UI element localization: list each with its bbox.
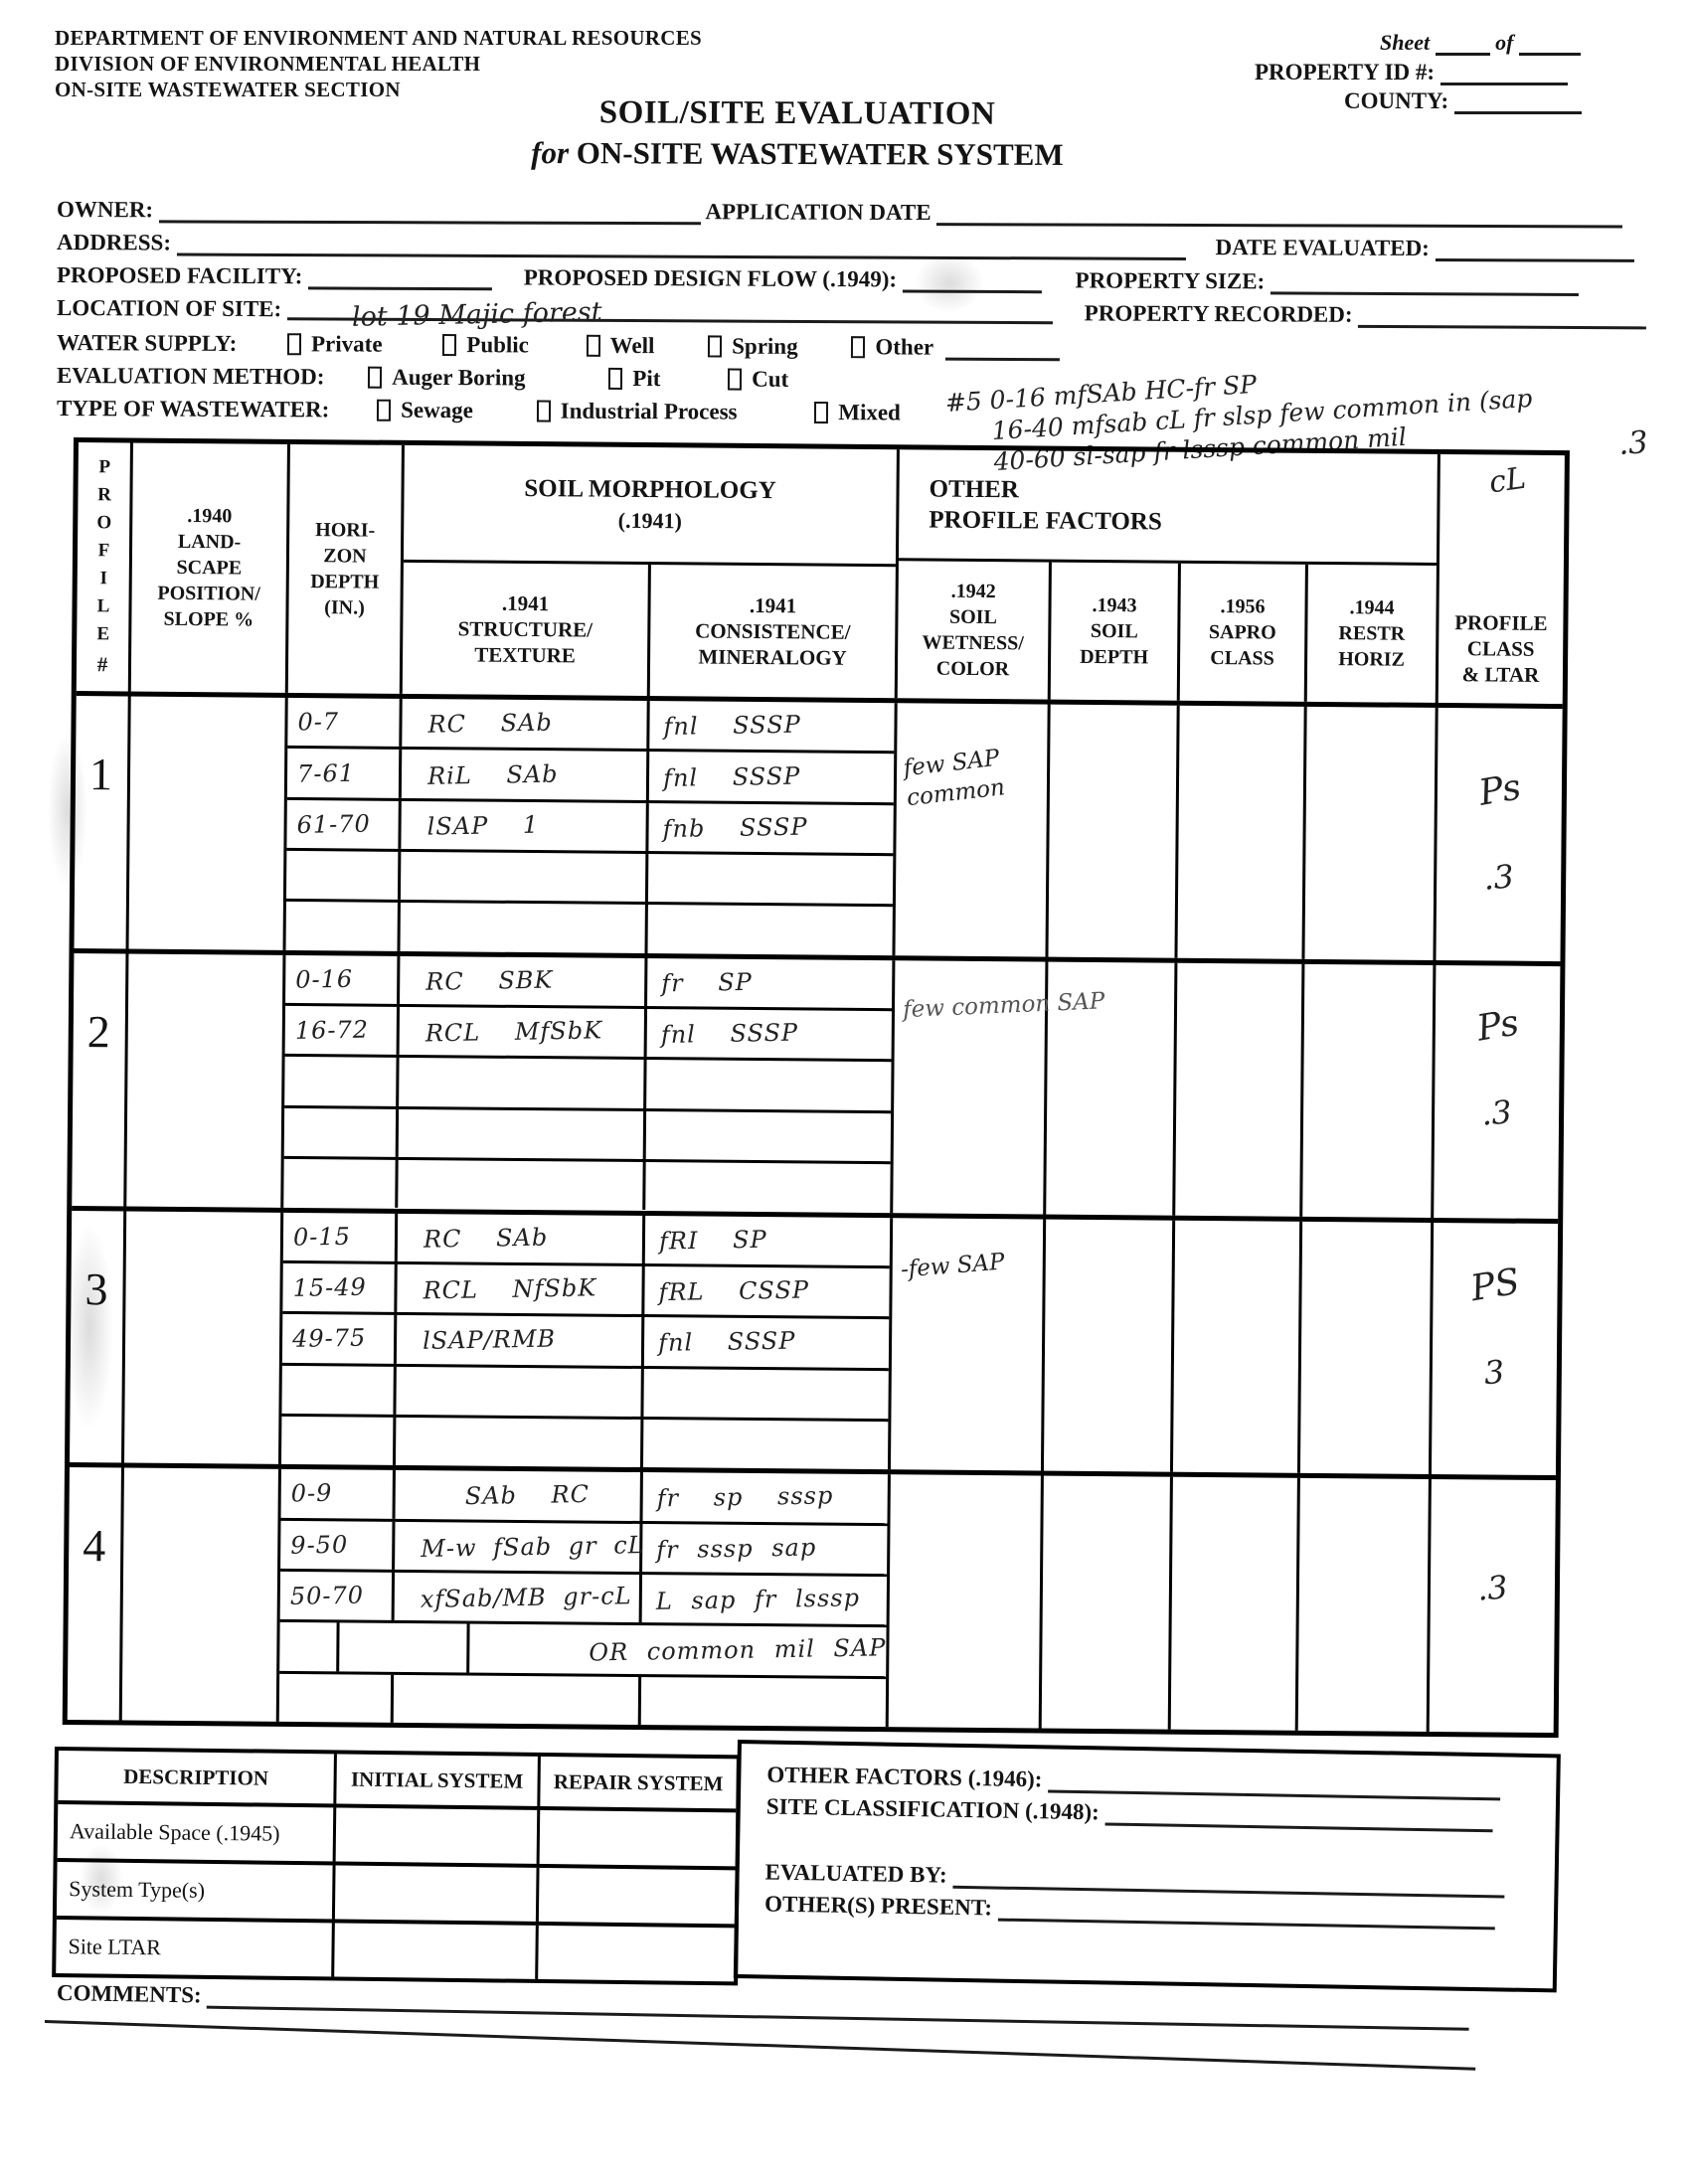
system-table-header-row: DESCRIPTION INITIAL SYSTEM REPAIR SYSTEM xyxy=(58,1751,737,1812)
agency-line-2: DIVISION OF ENVIRONMENTAL HEALTH xyxy=(55,51,702,77)
wastewater-option-industrial: Industrial Process xyxy=(537,399,738,424)
horizon-depth-value: 7-61 xyxy=(297,758,355,787)
horizon-row xyxy=(286,851,893,908)
profile-3-class-note: PS xyxy=(1468,1260,1523,1309)
horizon-depth-header: HORI- ZON DEPTH (IN.) xyxy=(288,444,405,694)
option-label-private: Private xyxy=(311,331,383,356)
evaluated-by-field xyxy=(952,1867,1504,1899)
site-classification-row: SITE CLASSIFICATION (.1948): xyxy=(766,1794,1546,1834)
horizon-consistence-value: fnb SSSP xyxy=(662,812,807,843)
horizon-row xyxy=(279,1673,886,1727)
other-profile-factors-group: OTHER PROFILE FACTORS .1942 SOIL WETNESS… xyxy=(898,449,1440,703)
water-supply-other-field xyxy=(944,339,1059,362)
option-label-industrial: Industrial Process xyxy=(561,399,738,424)
profile-2-wetness-cell: few common SAP xyxy=(893,960,1048,1214)
profile-2-horizon-subtable: 0-16 RC SBK fr SP 16-72 RCL MfSbK fnl SS… xyxy=(283,955,895,1213)
system-summary-table: DESCRIPTION INITIAL SYSTEM REPAIR SYSTEM… xyxy=(52,1747,741,1985)
option-label-other: Other xyxy=(875,334,932,359)
profile-class-ltar-header: PROFILE CLASS & LTAR xyxy=(1439,454,1565,704)
description-header: DESCRIPTION xyxy=(58,1751,337,1803)
others-present-label: OTHER(S) PRESENT: xyxy=(764,1892,992,1921)
horizon-row xyxy=(283,1159,890,1213)
soil-depth-header: .1943 SOIL DEPTH xyxy=(1051,563,1181,701)
location-field: lot 19 Majic forest xyxy=(287,298,1053,324)
horizon-row: 15-49 RCL NfSbK fRL CSSP xyxy=(282,1263,889,1320)
property-id-row: PROPERTY ID #: xyxy=(1255,60,1568,85)
profile-2-number-cell: 2 xyxy=(72,953,128,1206)
soil-wetness-header: .1942 SOIL WETNESS/ COLOR xyxy=(898,561,1052,699)
profile-4-number: 4 xyxy=(69,1467,106,1572)
profile-2-restr-cell xyxy=(1302,964,1436,1218)
evaluation-method-row: EVALUATION METHOD: Auger Boring Pit Cut xyxy=(57,363,788,393)
profile-hash-label: # xyxy=(97,651,108,677)
checkbox-auger-boring xyxy=(368,367,382,389)
horizon-row xyxy=(286,902,893,955)
option-label-mixed: Mixed xyxy=(838,400,901,424)
profile-row-4: 4 0-9 SAb RC fr sp sssp 9-50 M-w fSab gr… xyxy=(68,1467,1556,1733)
horizon-structure-value: RC SAb xyxy=(427,709,553,739)
form-title: SOIL/SITE EVALUATION for ON-SITE WASTEWA… xyxy=(350,93,1245,173)
site-classification-field xyxy=(1104,1803,1492,1832)
profile-4-wetness-cell xyxy=(889,1474,1044,1728)
structure-texture-header: .1941 STRUCTURE/ TEXTURE xyxy=(403,563,651,696)
profile-vertical-label: PROFILE xyxy=(89,456,117,651)
handwritten-ltar-note: .3 xyxy=(1617,424,1649,462)
others-present-row: OTHER(S) PRESENT: xyxy=(764,1892,1544,1932)
horizon-row: 7-61 RiL SAb fnl SSSP xyxy=(287,749,894,805)
option-label-well: Well xyxy=(610,333,655,358)
title-line-2: for ON-SITE WASTEWATER SYSTEM xyxy=(350,134,1245,173)
profile-row-3: 3 0-15 RC SAb fRI SP 15-49 RCL NfSbK fRL… xyxy=(70,1211,1558,1481)
water-supply-label: WATER SUPPLY: xyxy=(57,330,237,356)
horizon-depth-value: 61-70 xyxy=(296,810,371,839)
property-size-label: PROPERTY SIZE: xyxy=(1076,267,1266,293)
sheet-row: Sheet of xyxy=(1380,30,1581,56)
agency-line-1: DEPARTMENT OF ENVIRONMENT AND NATURAL RE… xyxy=(55,25,702,51)
address-label: ADDRESS: xyxy=(57,230,171,255)
water-supply-option-other: Other xyxy=(851,334,932,359)
horizon-consistence-value: fnl SSSP xyxy=(663,711,801,741)
profile-3-ltar-note: 3 xyxy=(1483,1352,1506,1391)
evaluated-by-label: EVALUATED BY: xyxy=(764,1860,946,1888)
soil-morphology-group: SOIL MORPHOLOGY (.1941) .1941 STRUCTURE/… xyxy=(403,445,900,698)
repair-system-header: REPAIR SYSTEM xyxy=(540,1757,737,1808)
system-types-label: System Type(s) xyxy=(57,1862,336,1919)
profile-1-class-cell: Ps .3 xyxy=(1436,708,1562,961)
evaluation-option-pit: Pit xyxy=(608,366,660,391)
sapro-class-header: .1956 SAPRO CLASS xyxy=(1180,564,1308,702)
title-line-1: SOIL/SITE EVALUATION xyxy=(350,93,1245,133)
other-factors-label: OTHER FACTORS (.1946): xyxy=(766,1763,1042,1792)
property-id-field xyxy=(1440,64,1568,85)
horizon-row: 50-70 xfSab/MB gr-cL L sap fr lsssp xyxy=(280,1572,887,1628)
profile-3-landscape-cell xyxy=(124,1211,283,1464)
proposed-facility-field xyxy=(308,267,492,290)
checkbox-mixed xyxy=(814,402,828,423)
soil-morphology-title: SOIL MORPHOLOGY (.1941) xyxy=(404,445,897,567)
checkbox-private xyxy=(287,333,301,355)
profile-3-number-cell: 3 xyxy=(70,1211,126,1463)
profile-2-sapro-cell xyxy=(1175,962,1304,1216)
checkbox-pit xyxy=(608,368,622,390)
profile-1-class-note: Ps xyxy=(1475,766,1523,813)
title-system: ON-SITE WASTEWATER SYSTEM xyxy=(577,135,1064,172)
profile-4-sapro-cell xyxy=(1171,1477,1300,1731)
horizon-row: 61-70 lSAP 1 fnb SSSP xyxy=(286,800,893,857)
horizon-row: 0-15 RC SAb fRI SP xyxy=(283,1212,890,1268)
facility-row: PROPOSED FACILITY: PROPOSED DESIGN FLOW … xyxy=(57,262,1579,296)
agency-block: DEPARTMENT OF ENVIRONMENT AND NATURAL RE… xyxy=(55,25,702,102)
horizon-row: 0-16 RC SBK fr SP xyxy=(285,955,892,1012)
checkbox-spring xyxy=(708,335,722,357)
system-types-repair-cell xyxy=(539,1868,736,1924)
title-for: for xyxy=(531,135,569,170)
wastewater-row: TYPE OF WASTEWATER: Sewage Industrial Pr… xyxy=(57,396,901,425)
application-date-field xyxy=(936,204,1622,228)
profile-1-sapro-cell xyxy=(1177,706,1306,959)
profile-1-number: 1 xyxy=(76,696,113,800)
property-recorded-field xyxy=(1358,306,1646,330)
evaluation-method-label: EVALUATION METHOD: xyxy=(57,363,325,389)
consistence-mineralogy-header: .1941 CONSISTENCE/ MINERALOGY xyxy=(650,565,896,698)
water-supply-option-well: Well xyxy=(587,333,655,358)
profile-3-number: 3 xyxy=(71,1211,108,1315)
profile-4-horizon-subtable: 0-9 SAb RC fr sp sssp 9-50 M-w fSab gr c… xyxy=(279,1469,891,1727)
profile-2-ltar-note: .3 xyxy=(1480,1092,1513,1132)
profile-1-soil-depth-cell xyxy=(1048,705,1179,958)
table-header: PROFILE # .1940 LAND- SCAPE POSITION/ SL… xyxy=(77,442,1565,709)
profile-2-landscape-cell xyxy=(126,953,285,1207)
property-recorded-label: PROPERTY RECORDED: xyxy=(1085,300,1353,326)
sheet-of-label: of xyxy=(1495,30,1513,55)
date-evaluated-field xyxy=(1436,240,1634,262)
comments-label: COMMENTS: xyxy=(57,1980,202,2008)
wastewater-option-sewage: Sewage xyxy=(377,398,473,423)
system-types-initial-cell xyxy=(335,1865,540,1922)
proposed-facility-label: PROPOSED FACILITY: xyxy=(57,262,302,288)
horizon-row: OR common mil SAP xyxy=(279,1622,886,1679)
horizon-row: 0-7 RC SAb fnl SSSP xyxy=(287,698,894,755)
profile-3-horizon-subtable: 0-15 RC SAb fRI SP 15-49 RCL NfSbK fRL C… xyxy=(281,1212,893,1469)
system-types-row: System Type(s) xyxy=(57,1862,736,1928)
checkbox-sewage xyxy=(377,400,391,421)
option-label-sewage: Sewage xyxy=(401,398,473,422)
horizon-row xyxy=(281,1365,888,1422)
water-supply-option-public: Public xyxy=(442,332,529,357)
wastewater-label: TYPE OF WASTEWATER: xyxy=(57,396,329,421)
application-date-label: APPLICATION DATE xyxy=(705,199,931,225)
available-space-label: Available Space (.1945) xyxy=(58,1804,337,1861)
checkbox-well xyxy=(587,335,600,357)
horizon-row xyxy=(284,1057,891,1113)
address-row: ADDRESS: DATE EVALUATED: xyxy=(57,230,1634,262)
wastewater-option-mixed: Mixed xyxy=(814,400,901,424)
available-space-initial-cell xyxy=(336,1807,541,1864)
profile-4-soil-depth-cell xyxy=(1042,1476,1173,1730)
site-ltar-label: Site LTAR xyxy=(56,1920,335,1976)
profile-4-class-cell: .3 xyxy=(1430,1479,1556,1733)
profile-1-wetness-note: few SAP common xyxy=(902,738,1057,814)
date-evaluated-label: DATE EVALUATED: xyxy=(1215,235,1429,260)
water-supply-option-private: Private xyxy=(287,331,383,356)
other-profile-factors-title: OTHER PROFILE FACTORS xyxy=(899,449,1438,566)
profile-row-1: 1 0-7 RC SAb fnl SSSP 7-61 RiL SAb fnl S… xyxy=(74,696,1562,966)
option-label-spring: Spring xyxy=(732,334,798,359)
location-handwritten-value: lot 19 Majic forest xyxy=(352,297,602,333)
address-field xyxy=(177,235,1186,260)
horizon-row: 49-75 lSAP/RMB fnl SSSP xyxy=(282,1314,889,1371)
site-ltar-initial-cell xyxy=(334,1923,539,1979)
profile-4-ltar-note: .3 xyxy=(1476,1569,1509,1608)
sheet-label: Sheet xyxy=(1380,30,1430,55)
profile-3-sapro-cell xyxy=(1173,1220,1302,1473)
comments-field-line-2 xyxy=(45,2020,1475,2071)
county-field xyxy=(1454,92,1582,114)
other-factors-field xyxy=(1048,1770,1500,1800)
horizon-consistence-value: fnl SSSP xyxy=(663,761,801,791)
initial-system-header: INITIAL SYSTEM xyxy=(336,1754,541,1806)
county-label: COUNTY: xyxy=(1344,88,1448,113)
evaluation-option-cut: Cut xyxy=(728,367,788,392)
location-label: LOCATION OF SITE: xyxy=(57,295,281,321)
location-row: LOCATION OF SITE: lot 19 Majic forest PR… xyxy=(57,295,1646,329)
profile-1-number-cell: 1 xyxy=(75,696,131,948)
property-id-label: PROPERTY ID #: xyxy=(1255,60,1435,84)
site-ltar-repair-cell xyxy=(538,1926,735,1981)
profile-1-landscape-cell xyxy=(129,697,288,950)
checkbox-public xyxy=(442,334,456,356)
sheet-number-field xyxy=(1436,34,1490,56)
option-label-auger: Auger Boring xyxy=(392,365,526,391)
horizon-structure-value: RiL SAb xyxy=(427,759,559,789)
horizon-structure-value: lSAP 1 xyxy=(426,810,539,840)
profile-4-restr-cell xyxy=(1298,1478,1432,1732)
profile-1-wetness-cell: few SAP common xyxy=(895,703,1050,956)
horizon-row: 9-50 M-w fSab gr cL fr sssp sap xyxy=(280,1520,887,1577)
owner-label: OWNER: xyxy=(57,197,153,222)
horizon-row: 16-72 RCL MfSbK fnl SSSP xyxy=(285,1006,892,1063)
owner-field xyxy=(159,201,701,225)
comments-row: COMMENTS: xyxy=(57,1980,1470,2031)
site-factors-box: OTHER FACTORS (.1946): SITE CLASSIFICATI… xyxy=(734,1740,1561,1992)
profile-3-class-cell: PS 3 xyxy=(1432,1222,1558,1475)
profile-3-wetness-cell: -few SAP xyxy=(891,1218,1046,1471)
horizon-row: 0-9 SAb RC fr sp sssp xyxy=(281,1469,888,1526)
site-ltar-row: Site LTAR xyxy=(56,1920,735,1981)
others-present-field xyxy=(998,1900,1495,1931)
soil-profile-table: PROFILE # .1940 LAND- SCAPE POSITION/ SL… xyxy=(63,437,1570,1738)
checkbox-industrial-process xyxy=(537,401,551,422)
horizon-row xyxy=(281,1417,888,1470)
checkbox-other xyxy=(851,336,865,358)
water-supply-option-spring: Spring xyxy=(708,333,798,358)
checkbox-cut xyxy=(728,369,742,391)
horizon-depth-value: 0-7 xyxy=(297,708,339,737)
profile-1-restr-cell xyxy=(1304,707,1438,960)
comments-field-line-1 xyxy=(207,1987,1469,2031)
sheet-total-field xyxy=(1519,34,1581,56)
profile-4-landscape-cell xyxy=(122,1468,281,1722)
profile-2-class-cell: Ps .3 xyxy=(1434,965,1560,1219)
landscape-header: .1940 LAND- SCAPE POSITION/ SLOPE % xyxy=(131,443,290,693)
county-row: COUNTY: xyxy=(1344,88,1582,114)
profile-2-class-note: Ps xyxy=(1473,1002,1521,1049)
available-space-repair-cell xyxy=(540,1810,737,1866)
profile-4-number-cell: 4 xyxy=(68,1467,124,1720)
profile-4-wetness-note xyxy=(899,1522,1047,1539)
profile-row-2: 2 0-16 RC SBK fr SP 16-72 RCL MfSbK fnl … xyxy=(72,953,1560,1224)
profile-2-number: 2 xyxy=(74,953,111,1058)
available-space-row: Available Space (.1945) xyxy=(58,1804,737,1870)
water-supply-row: WATER SUPPLY: Private Public Well Spring… xyxy=(57,330,1060,361)
owner-row: OWNER: APPLICATION DATE xyxy=(57,197,1622,228)
restr-horiz-header: .1944 RESTR HORIZ xyxy=(1307,565,1437,703)
horizon-row xyxy=(284,1108,891,1165)
profile-3-restr-cell xyxy=(1300,1221,1434,1474)
option-label-public: Public xyxy=(466,332,529,357)
evaluation-option-auger: Auger Boring xyxy=(368,365,526,391)
profile-number-header: PROFILE # xyxy=(77,442,133,691)
scanned-soil-site-evaluation-form: DEPARTMENT OF ENVIRONMENT AND NATURAL RE… xyxy=(0,0,1694,2184)
option-label-cut: Cut xyxy=(752,367,788,392)
design-flow-field xyxy=(903,270,1042,293)
design-flow-label: PROPOSED DESIGN FLOW (.1949): xyxy=(524,264,897,291)
profile-1-horizon-subtable: 0-7 RC SAb fnl SSSP 7-61 RiL SAb fnl SSS… xyxy=(286,698,898,955)
profile-1-ltar-note: .3 xyxy=(1482,857,1515,897)
site-classification-label: SITE CLASSIFICATION (.1948): xyxy=(766,1794,1100,1825)
option-label-pit: Pit xyxy=(632,366,660,391)
property-size-field xyxy=(1270,272,1579,296)
